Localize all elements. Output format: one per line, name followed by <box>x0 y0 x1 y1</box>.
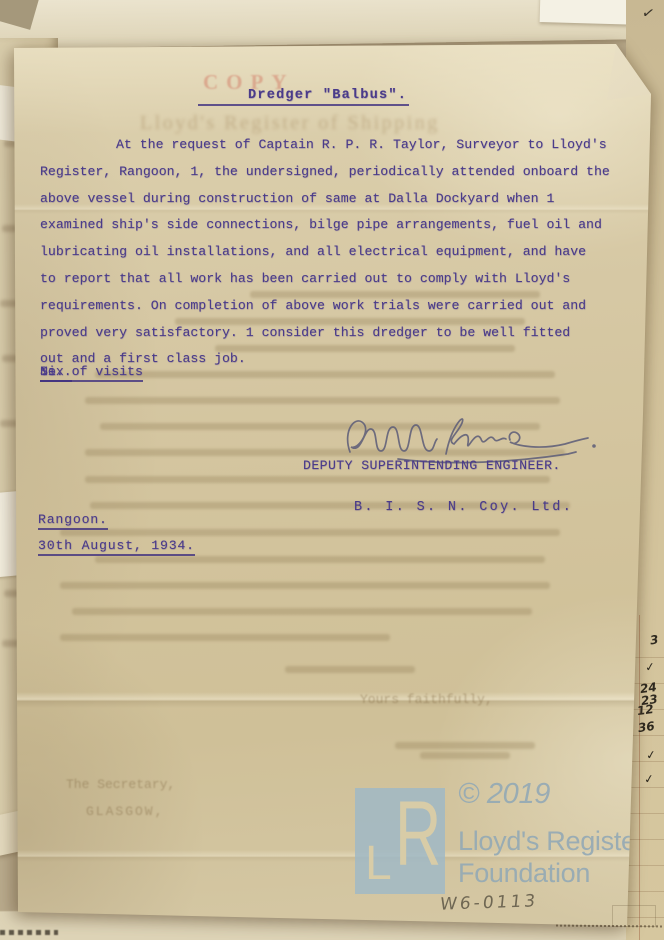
cut-off-print-fragment <box>0 930 58 935</box>
ghost-line <box>60 634 390 641</box>
date-text: 30th August, 1934. <box>38 538 195 556</box>
ghost-line <box>60 582 550 589</box>
watermark-org-line2: Foundation <box>458 858 590 889</box>
ghost-line <box>420 752 510 759</box>
logo-letter-l: L <box>365 840 392 888</box>
lloyds-register-logo: L R <box>355 788 445 894</box>
watermark-copyright: © 2019 <box>458 778 550 811</box>
ghost-line <box>285 666 415 673</box>
letter-body: At the request of Captain R. P. R. Taylo… <box>40 132 638 373</box>
place-text: Rangoon. <box>38 512 108 530</box>
scanned-document-screenshot: 3✓24231236✓✓ ✓ COPY Lloyd's Register of … <box>0 0 664 940</box>
logo-letter-r: R <box>394 788 441 880</box>
watermark-org-line1: Lloyd's Register <box>458 826 644 857</box>
visits-value: Six. <box>40 364 72 382</box>
document-page: COPY Lloyd's Register of Shipping Dredge… <box>10 44 656 940</box>
pencil-reference-number: W6-0113 <box>439 891 539 915</box>
ghost-line <box>85 397 560 404</box>
page-wrap: COPY Lloyd's Register of Shipping Dredge… <box>10 44 656 940</box>
ghost-closing: Yours faithfully, <box>360 692 493 707</box>
ghost-addressee-2: GLASGOW, <box>86 804 164 819</box>
faint-grid-box <box>612 905 656 927</box>
company-name: B. I. S. N. Coy. Ltd. <box>354 500 573 515</box>
signer-title: DEPUTY SUPERINTENDING ENGINEER. <box>303 458 561 473</box>
ghost-line <box>395 742 535 749</box>
ghost-line <box>95 556 545 563</box>
ghost-line <box>85 476 550 483</box>
ghost-line <box>60 529 560 536</box>
letter-title-text: Dredger "Balbus". <box>198 88 409 106</box>
ghost-addressee-1: The Secretary, <box>66 777 175 792</box>
ghost-line <box>72 608 532 615</box>
